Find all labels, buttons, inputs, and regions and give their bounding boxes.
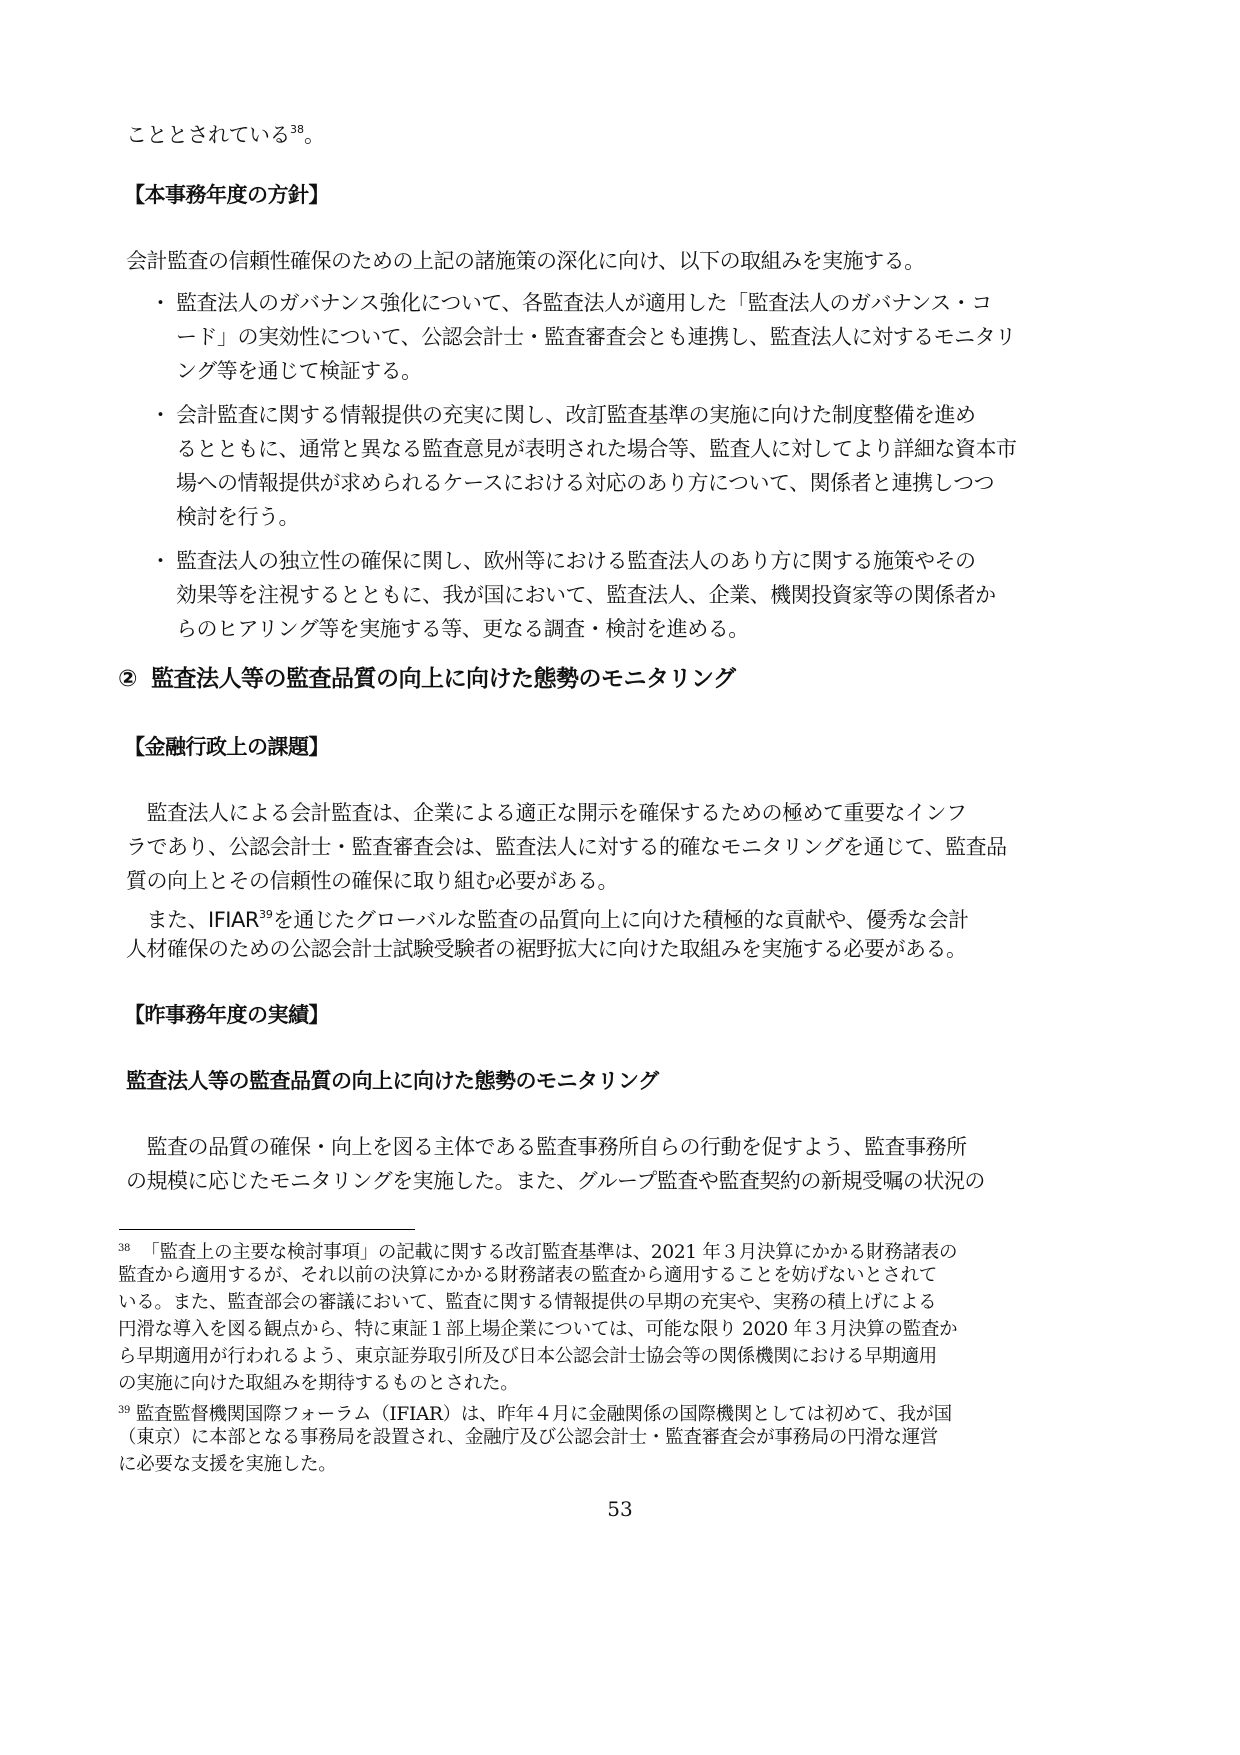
footnote-39-line-2: （東京）に本部となる事務局を設置され、金融庁及び公認会計士・監査審査会が事務局の… (118, 1427, 938, 1449)
section-heading-issues: 【金融行政上の課題】 (124, 735, 329, 759)
footnote-39-line-3: に必要な支援を実施した。 (118, 1454, 336, 1476)
results-para-line-1: 監査の品質の確保・向上を図る主体である監査事務所自らの行動を促すよう、監査事務所 (126, 1135, 967, 1159)
footnote-ref-39[interactable]: 39 (259, 908, 273, 921)
footnote-38-line-4: 円滑な導入を図る観点から、特に東証１部上場企業については、可能な限り 2020 … (118, 1319, 957, 1341)
footnote-38-line-5: ら早期適用が行われるよう、東京証券取引所及び日本公認会計士協会等の関係機関におけ… (118, 1346, 937, 1368)
section-2-title: ②監査法人等の監査品質の向上に向けた態勢のモニタリング (118, 667, 736, 691)
footnote-38-line-2: 監査から適用するが、それ以前の決算にかかる財務諸表の監査から適用することを妨げな… (118, 1265, 937, 1287)
bullet-1-line-1: 監査法人のガバナンス強化について、各監査法人が適用した「監査法人のガバナンス・コ (176, 291, 992, 315)
issues-para2-text-a: また、IFIAR (126, 908, 259, 932)
issues-para1-line-2: ラであり、公認会計士・監査審査会は、監査法人に対する的確なモニタリングを通じて、… (126, 835, 1007, 859)
footnote-38-line-3: いる。また、監査部会の審議において、監査に関する情報提供の早期の充実や、実務の積… (118, 1292, 936, 1314)
issues-para2-line-2: 人材確保のための公認会計士試験受験者の裾野拡大に向けた取組みを実施する必要がある… (126, 937, 967, 961)
issues-para2-text-b: を通じたグローバルな監査の品質向上に向けた積極的な貢献や、優秀な会計 (273, 908, 969, 932)
footnote-ref-38[interactable]: 38 (290, 123, 304, 136)
bullet-1-line-3: ング等を通じて検証する。 (176, 359, 422, 383)
section-heading-policy: 【本事務年度の方針】 (124, 183, 329, 207)
footnote-38-line-6: の実施に向けた取組みを期待するものとされた。 (118, 1373, 518, 1395)
continuation-end: 。 (304, 123, 325, 147)
bullet-3-line-3: らのヒアリング等を実施する等、更なる調査・検討を進める。 (176, 617, 749, 641)
continuation-text: こととされている (126, 123, 290, 147)
policy-intro: 会計監査の信頼性確保のための上記の諸施策の深化に向け、以下の取組みを実施する。 (126, 249, 925, 273)
bullet-3-line-1: 監査法人の独立性の確保に関し、欧州等における監査法人のあり方に関する施策やその (176, 549, 976, 573)
section-heading-results: 【昨事務年度の実績】 (124, 1003, 329, 1027)
results-subheading: 監査法人等の監査品質の向上に向けた態勢のモニタリング (126, 1069, 659, 1093)
page-number: 53 (0, 1497, 1240, 1521)
bullet-1-line-2: ード」の実効性について、公認会計士・監査審査会とも連携し、監査法人に対するモニタ… (176, 325, 1016, 349)
bullet-marker: ・ (150, 549, 171, 573)
continuation-line: こととされている38。 (126, 118, 325, 147)
document-page: こととされている38。 【本事務年度の方針】 会計監査の信頼性確保のための上記の… (0, 0, 1240, 1755)
bullet-marker: ・ (150, 291, 171, 315)
bullet-2-line-1: 会計監査に関する情報提供の充実に関し、改訂監査基準の実施に向けた制度整備を進め (176, 403, 976, 427)
footnote-38-line-1: 38 「監査上の主要な検討事項」の記載に関する改訂監査基準は、2021 年３月決… (118, 1238, 957, 1264)
issues-para1-line-3: 質の向上とその信頼性の確保に取り組む必要がある。 (126, 869, 618, 893)
footnote-text: 「監査上の主要な検討事項」の記載に関する改訂監査基準は、2021 年３月決算にか… (141, 1242, 957, 1263)
footnote-number: 39 (118, 1405, 130, 1416)
bullet-3-line-2: 効果等を注視するとともに、我が国において、監査法人、企業、機関投資家等の関係者か (176, 583, 996, 607)
results-para-line-2: の規模に応じたモニタリングを実施した。また、グループ監査や監査契約の新規受嘱の状… (126, 1169, 985, 1193)
issues-para1-line-1: 監査法人による会計監査は、企業による適正な開示を確保するための極めて重要なインフ (126, 801, 967, 825)
footnote-separator (119, 1229, 415, 1230)
footnote-text: 監査監督機関国際フォーラム（IFIAR）は、昨年４月に金融関係の国際機関としては… (136, 1404, 952, 1425)
bullet-2-line-4: 検討を行う。 (176, 505, 299, 529)
section-number: ② (118, 666, 137, 692)
footnote-number: 38 (118, 1243, 130, 1254)
footnote-39-line-1: 39 監査監督機関国際フォーラム（IFIAR）は、昨年４月に金融関係の国際機関と… (118, 1400, 952, 1426)
section-title-text: 監査法人等の監査品質の向上に向けた態勢のモニタリング (151, 666, 736, 692)
bullet-2-line-2: るとともに、通常と異なる監査意見が表明された場合等、監査人に対してより詳細な資本… (176, 437, 1017, 461)
bullet-2-line-3: 場への情報提供が求められるケースにおける対応のあり方について、関係者と連携しつつ (176, 471, 994, 495)
issues-para2-line-1: また、IFIAR39を通じたグローバルな監査の品質向上に向けた積極的な貢献や、優… (126, 903, 968, 932)
bullet-marker: ・ (150, 403, 171, 427)
